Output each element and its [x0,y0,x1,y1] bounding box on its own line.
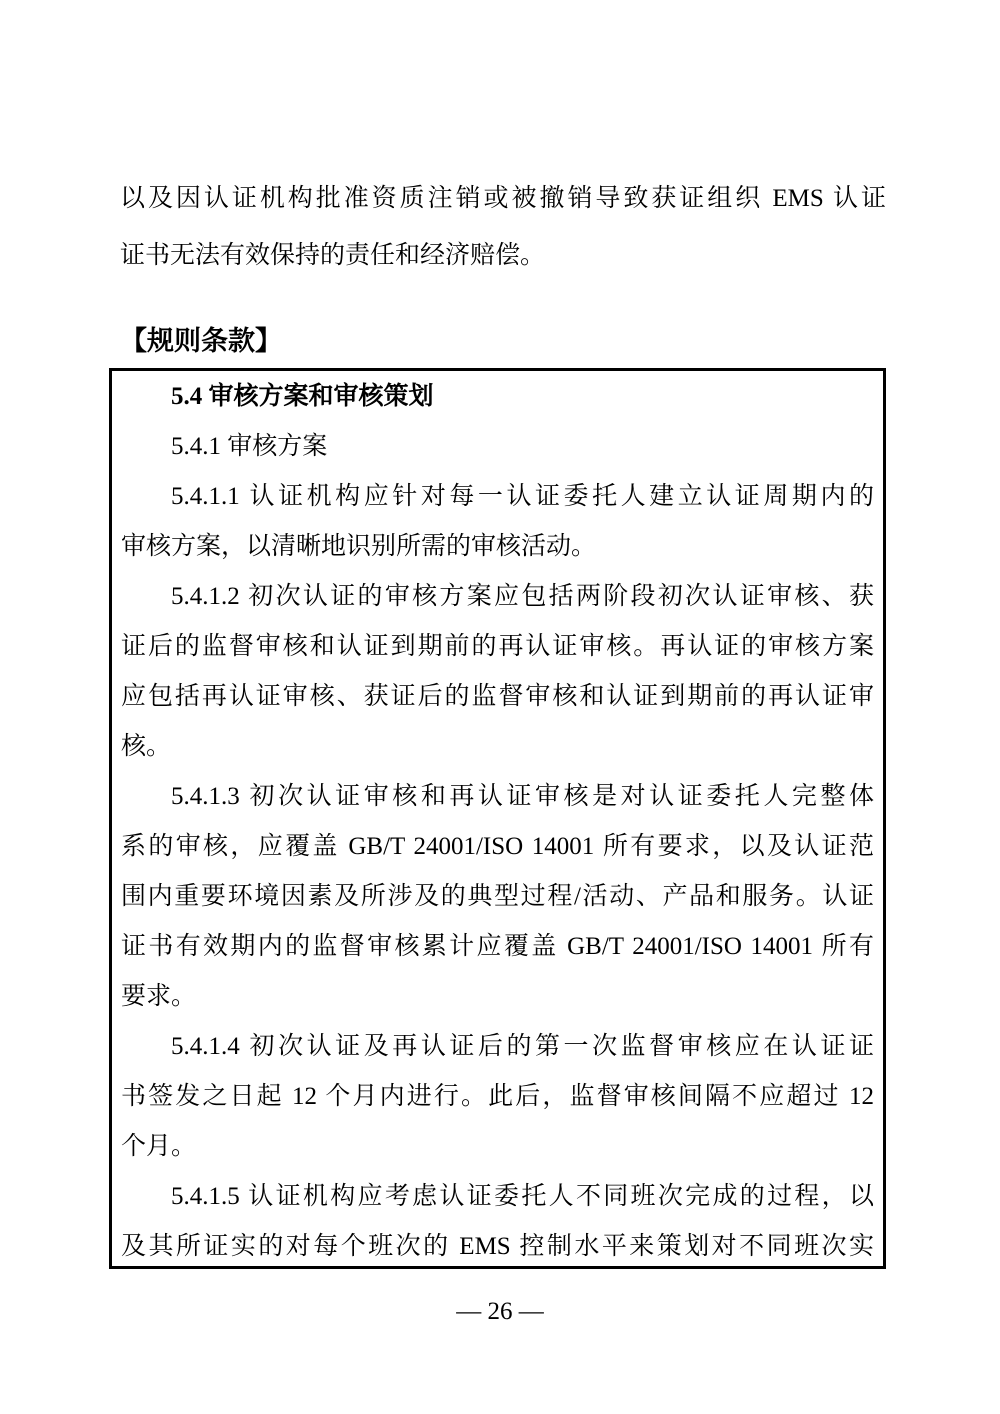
rule-line: 应包括再认证审核、获证后的监督审核和认证到期前的再认证审 [121,672,874,722]
rule-line: 个月。 [121,1122,874,1172]
document-page: 以及因认证机构批准资质注销或被撤销导致获证组织 EMS 认证 证书无法有效保持的… [0,0,1000,1414]
intro-line: 证书无法有效保持的责任和经济赔偿。 [120,227,886,284]
rule-line: 要求。 [121,972,874,1022]
rule-line: 5.4.1.4 初次认证及再认证后的第一次监督审核应在认证证 [121,1022,874,1072]
intro-line: 以及因认证机构批准资质注销或被撤销导致获证组织 EMS 认证 [120,170,886,227]
rule-line: 证后的监督审核和认证到期前的再认证审核。再认证的审核方案 [121,622,874,672]
rule-line: 审核方案，以清晰地识别所需的审核活动。 [121,522,874,572]
rule-line: 5.4.1.5 认证机构应考虑认证委托人不同班次完成的过程，以 [121,1172,874,1222]
rule-line: 证书有效期内的监督审核累计应覆盖 GB/T 24001/ISO 14001 所有 [121,922,874,972]
rule-line: 核。 [121,722,874,772]
page-number: — 26 — [456,1298,544,1325]
rule-box: 5.4 审核方案和审核策划5.4.1 审核方案5.4.1.1 认证机构应针对每一… [109,368,886,1269]
rule-box-content: 5.4 审核方案和审核策划5.4.1 审核方案5.4.1.1 认证机构应针对每一… [121,372,874,1272]
rule-line: 及其所证实的对每个班次的 EMS 控制水平来策划对不同班次实 [121,1222,874,1272]
rule-line: 5.4.1 审核方案 [121,422,874,472]
intro-paragraph: 以及因认证机构批准资质注销或被撤销导致获证组织 EMS 认证 证书无法有效保持的… [120,170,886,284]
rule-line: 5.4 审核方案和审核策划 [121,372,874,422]
page-footer: — 26 — [0,1296,1000,1328]
rule-line: 5.4.1.2 初次认证的审核方案应包括两阶段初次认证审核、获 [121,572,874,622]
rule-line: 书签发之日起 12 个月内进行。此后，监督审核间隔不应超过 12 [121,1072,874,1122]
rule-line: 系的审核，应覆盖 GB/T 24001/ISO 14001 所有要求，以及认证范 [121,822,874,872]
section-heading: 【规则条款】 [120,324,282,358]
rule-line: 围内重要环境因素及所涉及的典型过程/活动、产品和服务。认证 [121,872,874,922]
rule-line: 5.4.1.1 认证机构应针对每一认证委托人建立认证周期内的 [121,472,874,522]
rule-line: 5.4.1.3 初次认证审核和再认证审核是对认证委托人完整体 [121,772,874,822]
